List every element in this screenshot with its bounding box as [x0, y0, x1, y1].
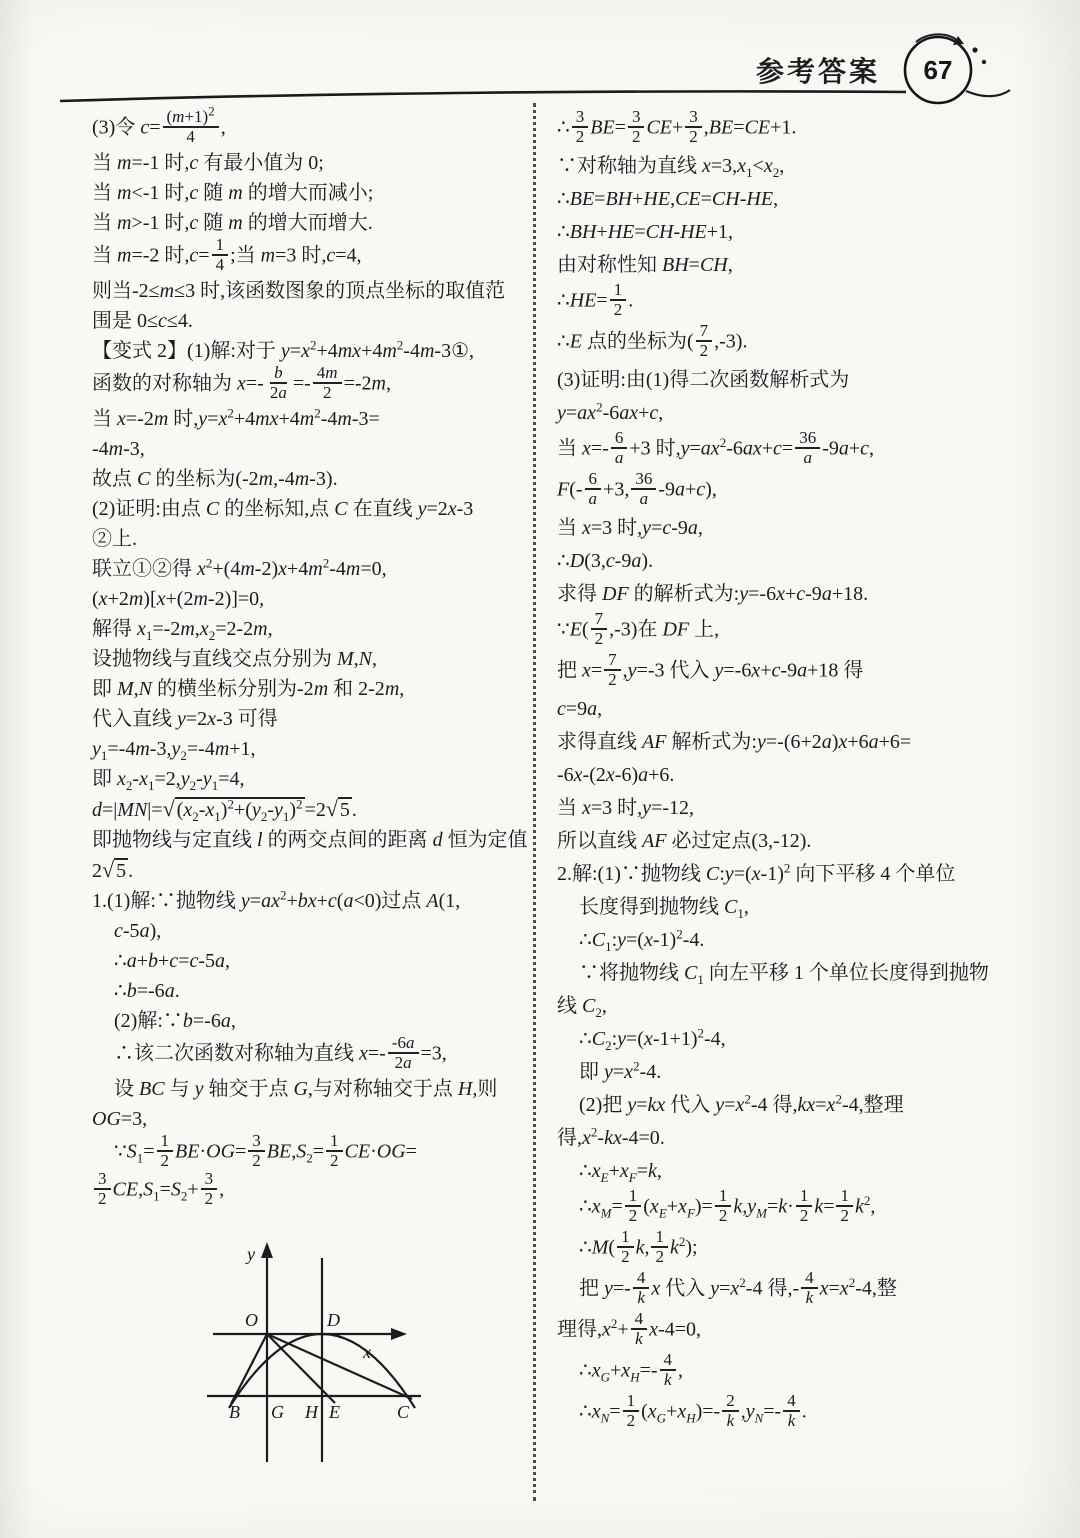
text-line: ∴xE+xF=k, — [557, 1156, 1017, 1186]
text-line: 由对称性知 BH=CH, — [557, 250, 1017, 280]
text-line: 当 x=-2m 时,y=x2+4mx+4m2-4m-3= — [92, 404, 530, 434]
origin-label: O — [245, 1310, 258, 1330]
text-line: ∴C1:y=(x-1)2-4. — [557, 925, 1017, 955]
text-line: (2)解:∵b=-6a, — [92, 1006, 530, 1036]
left-column: (3)令 c=(m+1)24,当 m=-1 时,c 有最小值为 0;当 m<-1… — [92, 110, 530, 1210]
column-divider — [533, 103, 536, 1501]
x-axis-arrow — [391, 1328, 407, 1340]
point-g-label: G — [271, 1402, 284, 1422]
text-line: 求得直线 AF 解析式为:y=-(6+2a)x+6a+6= — [557, 727, 1017, 757]
text-line: ∴BE=BH+HE,CE=CH-HE, — [557, 184, 1017, 214]
text-line: 把 x=72,y=-3 代入 y=-6x+c-9a+18 得 — [557, 653, 1017, 691]
text-line: 2.解:(1)∵抛物线 C:y=(x-1)2 向下平移 4 个单位 — [557, 859, 1017, 889]
header-rule: 67 — [0, 0, 1080, 120]
text-line: 把 y=-4kx 代入 y=x2-4 得,-4kx=x2-4,整 — [557, 1271, 1017, 1309]
text-line: ∴M(12k,12k2); — [557, 1230, 1017, 1268]
text-line: 1.(1)解:∵抛物线 y=ax2+bx+c(a<0)过点 A(1, — [92, 886, 530, 916]
answer-page: 67 参考答案 (3)令 c=(m+1)24,当 m=-1 时,c 有最小值为 … — [0, 0, 1080, 1538]
left-column-text: (3)令 c=(m+1)24,当 m=-1 时,c 有最小值为 0;当 m<-1… — [92, 110, 530, 1210]
text-line: ∴xM=12(xE+xF)=12k,yM=k·12k=12k2, — [557, 1189, 1017, 1227]
right-column: ∴32BE=32CE+32,BE=CE+1.∵对称轴为直线 x=3,x1<x2,… — [557, 110, 1017, 1435]
text-line: OG=3, — [92, 1104, 530, 1134]
text-line: 设抛物线与直线交点分别为 M,N, — [92, 644, 530, 674]
text-line: 得,x2-kx-4=0. — [557, 1123, 1017, 1153]
y-axis-arrow — [261, 1242, 273, 1258]
text-line: (x+2m)[x+(2m-2)]=0, — [92, 584, 530, 614]
text-line: c-5a), — [92, 916, 530, 946]
text-line: 长度得到抛物线 C1, — [557, 892, 1017, 922]
text-line: 即抛物线与定直线 l 的两交点间的距离 d 恒为定值 — [92, 825, 530, 855]
page-number: 67 — [924, 55, 953, 85]
point-c-label: C — [397, 1402, 410, 1422]
segment-OC — [267, 1334, 412, 1399]
point-d-label: D — [326, 1310, 340, 1330]
text-line: ②上. — [92, 524, 530, 554]
right-column-text: ∴32BE=32CE+32,BE=CE+1.∵对称轴为直线 x=3,x1<x2,… — [557, 110, 1017, 1432]
text-line: 联立①②得 x2+(4m-2)x+4m2-4m=0, — [92, 554, 530, 584]
text-line: 故点 C 的坐标为(-2m,-4m-3). — [92, 464, 530, 494]
text-line: ∴a+b+c=c-5a, — [92, 946, 530, 976]
text-line: 则当-2≤m≤3 时,该函数图象的顶点坐标的取值范 — [92, 276, 530, 306]
text-line: y=ax2-6ax+c, — [557, 398, 1017, 428]
x-axis-label: x — [362, 1342, 371, 1362]
text-line: 设 BC 与 y 轴交于点 G,与对称轴交于点 H,则 — [92, 1074, 530, 1104]
text-line: 即 x2-x1=2,y2-y1=4, — [92, 764, 530, 794]
text-line: 32CE,S1=S2+32, — [92, 1172, 530, 1210]
text-line: ∴该二次函数对称轴为直线 x=--6a2a=3, — [92, 1036, 530, 1074]
text-line: ∴BH+HE=CH-HE+1, — [557, 217, 1017, 247]
text-line: 【变式 2】(1)解:对于 y=x2+4mx+4m2-4m-3①, — [92, 336, 530, 366]
text-line: -6x-(2x-6)a+6. — [557, 760, 1017, 790]
text-line: 求得 DF 的解析式为:y=-6x+c-9a+18. — [557, 579, 1017, 609]
text-line: 函数的对称轴为 x=-b2a=-4m2=-2m, — [92, 366, 530, 404]
text-line: 当 x=-6a+3 时,y=ax2-6ax+c=36a-9a+c, — [557, 431, 1017, 469]
header-title: 参考答案 — [756, 50, 880, 90]
text-line: 代入直线 y=2x-3 可得 — [92, 704, 530, 734]
text-line: y1=-4m-3,y2=-4m+1, — [92, 734, 530, 764]
text-line: ∴E 点的坐标为(72,-3). — [557, 324, 1017, 362]
text-line: (3)证明:由(1)得二次函数解析式为 — [557, 365, 1017, 395]
text-line: 当 m<-1 时,c 随 m 的增大而减小; — [92, 178, 530, 208]
text-line: -4m-3, — [92, 434, 530, 464]
text-line: ∴C2:y=(x-1+1)2-4, — [557, 1024, 1017, 1054]
text-line: ∴xG+xH=-4k, — [557, 1353, 1017, 1391]
text-line: 当 x=3 时,y=c-9a, — [557, 513, 1017, 543]
text-line: ∵将抛物线 C1 向左平移 1 个单位长度得到抛物 — [557, 958, 1017, 988]
text-line: ∴D(3,c-9a). — [557, 546, 1017, 576]
text-line: c=9a, — [557, 694, 1017, 724]
text-line: 围是 0≤c≤4. — [92, 306, 530, 336]
text-line: ∴HE=12. — [557, 283, 1017, 321]
text-line: (2)把 y=kx 代入 y=x2-4 得,kx=x2-4,整理 — [557, 1090, 1017, 1120]
segment-OB — [231, 1334, 267, 1404]
text-line: 当 x=3 时,y=-12, — [557, 793, 1017, 823]
y-axis-label: y — [245, 1244, 255, 1264]
text-line: d=|MN|=√(x2-x1)2+(y2-y1)2=2√5. — [92, 794, 530, 825]
text-line: 线 C2, — [557, 991, 1017, 1021]
function-graph-figure: y x O D B G H E C — [205, 1238, 430, 1470]
text-line: F(-6a+3,36a-9a+c), — [557, 472, 1017, 510]
text-line: ∵E(72,-3)在 DF 上, — [557, 612, 1017, 650]
text-line: 当 m>-1 时,c 随 m 的增大而增大. — [92, 208, 530, 238]
text-line: ∴32BE=32CE+32,BE=CE+1. — [557, 110, 1017, 148]
text-line: 理得,x2+4kx-4=0, — [557, 1312, 1017, 1350]
text-line: ∵对称轴为直线 x=3,x1<x2, — [557, 151, 1017, 181]
text-line: 即 M,N 的横坐标分别为-2m 和 2-2m, — [92, 674, 530, 704]
segment-OE — [267, 1334, 335, 1403]
text-line: 当 m=-2 时,c=14;当 m=3 时,c=4, — [92, 238, 530, 276]
point-b-label: B — [229, 1402, 240, 1422]
text-line: ∴b=-6a. — [92, 976, 530, 1006]
text-line: (3)令 c=(m+1)24, — [92, 110, 530, 148]
text-line: 所以直线 AF 必过定点(3,-12). — [557, 826, 1017, 856]
text-line: 即 y=x2-4. — [557, 1057, 1017, 1087]
point-e-label: E — [328, 1402, 340, 1422]
point-h-label: H — [304, 1402, 319, 1422]
text-line: 解得 x1=-2m,x2=2-2m, — [92, 614, 530, 644]
text-line: 当 m=-1 时,c 有最小值为 0; — [92, 148, 530, 178]
text-line: ∴xN=12(xG+xH)=-2k,yN=-4k. — [557, 1394, 1017, 1432]
text-line: (2)证明:由点 C 的坐标知,点 C 在直线 y=2x-3 — [92, 494, 530, 524]
text-line: ∵S1=12BE·OG=32BE,S2=12CE·OG= — [92, 1134, 530, 1172]
text-line: 2√5. — [92, 855, 530, 886]
